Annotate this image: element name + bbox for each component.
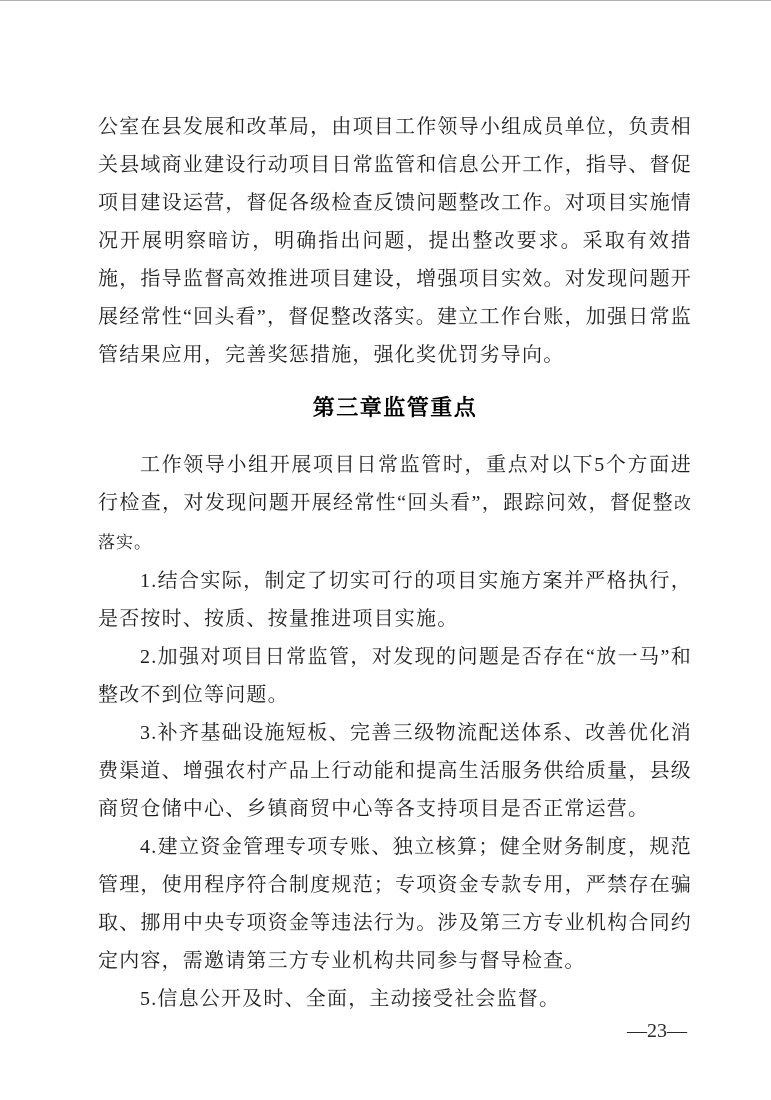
chapter-heading: 第三章监管重点 xyxy=(98,388,692,428)
list-item-5: 5.信息公开及时、全面，主动接受社会监督。 xyxy=(98,980,692,1018)
scan-edge-line xyxy=(0,0,771,1)
paragraph-intro: 工作领导小组开展项目日常监管时，重点对以下5个方面进行检查，对发现问题开展经常性… xyxy=(98,446,692,562)
page-body: 公室在县发展和改革局，由项目工作领导小组成员单位，负责相关县域商业建设行动项目日… xyxy=(98,108,692,1018)
list-item-4: 4.建立资金管理专项专账、独立核算；健全财务制度，规范管理，使用程序符合制度规范… xyxy=(98,828,692,980)
document-page: 公室在县发展和改革局，由项目工作领导小组成员单位，负责相关县域商业建设行动项目日… xyxy=(0,0,771,1100)
list-item-1: 1.结合实际，制定了切实可行的项目实施方案并严格执行，是否按时、按质、按量推进项… xyxy=(98,562,692,638)
page-number: —23— xyxy=(627,1020,687,1043)
list-item-2: 2.加强对项目日常监管，对发现的问题是否存在“放一马”和整改不到位等问题。 xyxy=(98,638,692,714)
paragraph-intro-main: 工作领导小组开展项目日常监管时，重点对以下5个方面进行检查，对发现问题开展经常性… xyxy=(98,454,692,514)
list-item-3: 3.补齐基础设施短板、完善三级物流配送体系、改善优化消费渠道、增强农村产品上行动… xyxy=(98,714,692,828)
paragraph-continuation: 公室在县发展和改革局，由项目工作领导小组成员单位，负责相关县域商业建设行动项目日… xyxy=(98,108,692,374)
